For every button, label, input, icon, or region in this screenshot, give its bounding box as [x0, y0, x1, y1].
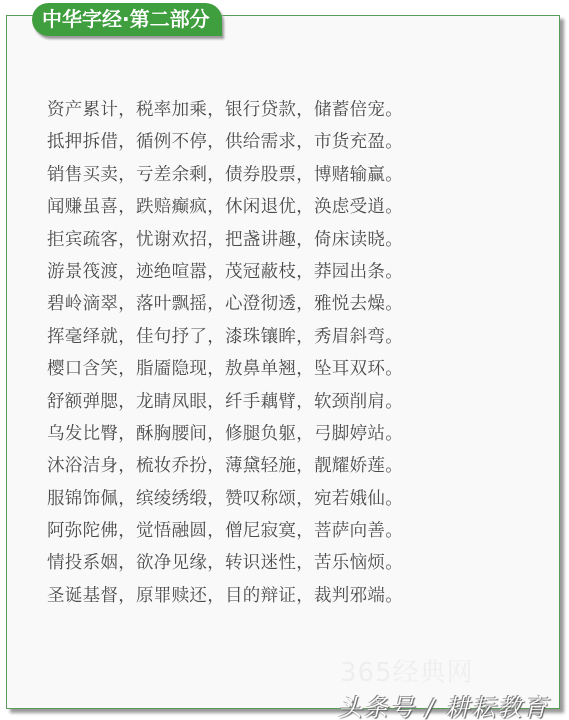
- verse-line: 樱口含笑，脂靥隐现，敖鼻单翘，坠耳双环。: [47, 353, 403, 385]
- verse-line: 情投系姻，欲净见缘，转识迷性，苦乐恼烦。: [47, 547, 403, 579]
- verse-line: 服锦饰佩，缤绫绣缎，赞叹称颂，宛若娥仙。: [47, 483, 403, 515]
- site-watermark: 365经典网: [340, 652, 474, 689]
- verse-line: 碧岭滴翠，落叶飘摇，心澄彻透，雅悦去燥。: [47, 288, 403, 320]
- verse-line: 拒宾疏客，忧谢欢招，把盏讲趣，倚床读晓。: [47, 224, 403, 256]
- verse-line: 挥毫绎就，佳句抒了，漆珠镶眸，秀眉斜弯。: [47, 321, 403, 353]
- verse-line: 游景筏渡，迹绝喧嚣，茂冠蔽枝，莽园出条。: [47, 256, 403, 288]
- verse-line: 销售买卖，亏差余剩，债券股票，博赌输赢。: [47, 159, 403, 191]
- verse-line: 闻赚虽喜，跌赔癫疯，休闲退优，涣虑受逍。: [47, 191, 403, 223]
- verse-list: 资产累计，税率加乘，银行贷款，储蓄倍宠。 抵押拆借，循例不停，供给需求，市货充盈…: [47, 94, 403, 612]
- verse-line: 阿弥陀佛，觉悟融圆，僧尼寂寞，菩萨向善。: [47, 515, 403, 547]
- section-title-tab: 中华字经·第二部分: [32, 3, 222, 36]
- section-title: 中华字经·第二部分: [42, 7, 210, 31]
- verse-line: 圣诞基督，原罪赎还，目的辩证，裁判邪端。: [47, 580, 403, 612]
- verse-line: 资产累计，税率加乘，银行贷款，储蓄倍宠。: [47, 94, 403, 126]
- verse-line: 舒额弹腮，龙睛凤眼，纤手藕臂，软颈削肩。: [47, 386, 403, 418]
- verse-line: 抵押拆借，循例不停，供给需求，市货充盈。: [47, 126, 403, 158]
- verse-line: 沐浴洁身，梳妆乔扮，薄黛轻施，靓耀娇莲。: [47, 450, 403, 482]
- source-watermark: 头条号 / 耕耘教育: [338, 688, 549, 720]
- verse-line: 乌发比臀，酥胸腰间，修腿负躯，弓脚婷站。: [47, 418, 403, 450]
